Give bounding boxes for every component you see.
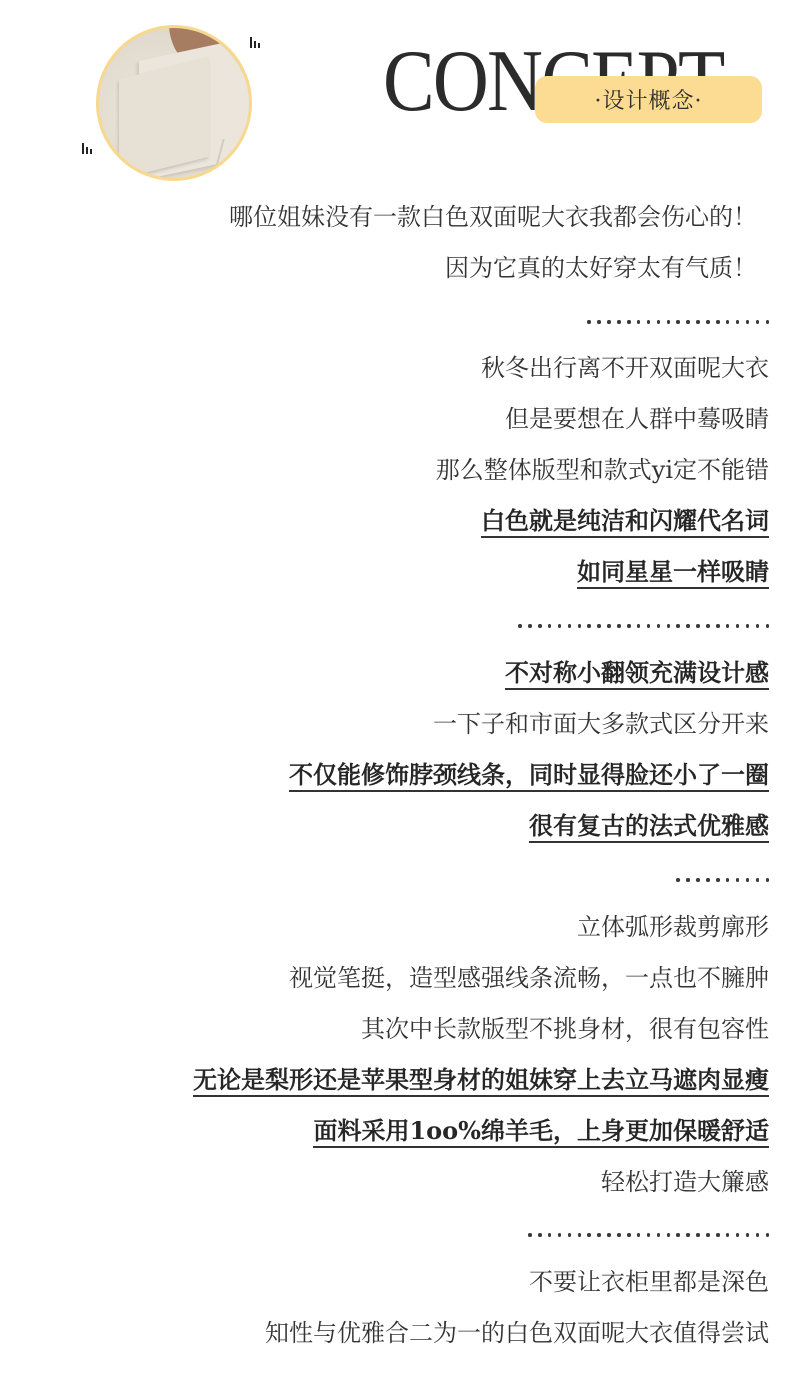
concept-header: CONCEPT ·设计概念·: [0, 0, 790, 190]
highlight-text-line: 不仅能修饰脖颈线条，同时显得脸还小了一圈: [289, 760, 769, 790]
dotted-divider: [522, 1233, 769, 1243]
text-line-content: 知性与优雅合二为一的白色双面呢大衣值得尝试: [265, 1319, 769, 1347]
text-line: 那么整体版型和款式yi定不能错: [436, 455, 769, 485]
coat-collar-photo: [96, 25, 252, 181]
text-line: 立体弧形裁剪廓形: [577, 912, 769, 942]
text-line: 轻松打造大簾感: [601, 1167, 769, 1197]
dotted-divider: [512, 624, 769, 634]
bar-decoration-icon: [250, 36, 260, 48]
bar-decoration-icon: [82, 142, 92, 154]
text-line-content: 轻松打造大簾感: [601, 1168, 769, 1196]
text-line: 知性与优雅合二为一的白色双面呢大衣值得尝试: [265, 1318, 769, 1348]
text-line: 因为它真的太好穿太有气质！: [445, 253, 757, 283]
text-line: 但是要想在人群中蓦吸睛: [505, 404, 769, 434]
text-line-content: 哪位姐妹没有一款白色双面呢大衣我都会伤心的！: [229, 203, 757, 231]
text-line-content: 如同星星一样吸睛: [577, 557, 769, 589]
text-line-content: 那么整体版型和款式yi定不能错: [436, 456, 769, 484]
text-line: 其次中长款版型不挑身材，很有包容性: [361, 1014, 769, 1044]
text-line: 秋冬出行离不开双面呢大衣: [481, 353, 769, 383]
highlight-text-line: 白色就是纯洁和闪耀代名词: [481, 506, 769, 536]
dotted-divider: [670, 878, 769, 888]
highlight-text-line: 很有复古的法式优雅感: [529, 811, 769, 841]
text-line: 视觉笔挺，造型感强线条流畅，一点也不臃肿: [289, 963, 769, 993]
text-line-content: 面料采用1oo%绵羊毛，上身更加保暖舒适: [313, 1116, 769, 1148]
design-concept-badge: ·设计概念·: [535, 76, 762, 123]
text-line-content: 其次中长款版型不挑身材，很有包容性: [361, 1015, 769, 1043]
text-line-content: 不要让衣柜里都是深色: [529, 1268, 769, 1296]
text-line-content: 不仅能修饰脖颈线条，同时显得脸还小了一圈: [289, 760, 769, 792]
text-line-content: 一下子和市面大多款式区分开来: [433, 710, 769, 738]
text-line-content: 无论是梨形还是苹果型身材的姐妹穿上去立马遮肉显瘦: [193, 1065, 769, 1097]
text-line-content: 但是要想在人群中蓦吸睛: [505, 405, 769, 433]
text-line: 一下子和市面大多款式区分开来: [433, 709, 769, 739]
text-line-content: 视觉笔挺，造型感强线条流畅，一点也不臃肿: [289, 964, 769, 992]
text-line-content: 因为它真的太好穿太有气质！: [445, 254, 757, 282]
text-line-content: 很有复古的法式优雅感: [529, 811, 769, 843]
highlight-text-line: 不对称小翻领充满设计感: [505, 658, 769, 688]
text-line-content: 白色就是纯洁和闪耀代名词: [481, 506, 769, 538]
dotted-divider: [581, 320, 769, 330]
text-line: 不要让衣柜里都是深色: [529, 1267, 769, 1297]
text-line-content: 立体弧形裁剪廓形: [577, 913, 769, 941]
highlight-text-line: 面料采用1oo%绵羊毛，上身更加保暖舒适: [313, 1116, 769, 1146]
text-line-content: 不对称小翻领充满设计感: [505, 658, 769, 690]
text-line-content: 秋冬出行离不开双面呢大衣: [481, 354, 769, 382]
highlight-text-line: 如同星星一样吸睛: [577, 557, 769, 587]
text-line: 哪位姐妹没有一款白色双面呢大衣我都会伤心的！: [229, 202, 757, 232]
highlight-text-line: 无论是梨形还是苹果型身材的姐妹穿上去立马遮肉显瘦: [193, 1065, 769, 1095]
